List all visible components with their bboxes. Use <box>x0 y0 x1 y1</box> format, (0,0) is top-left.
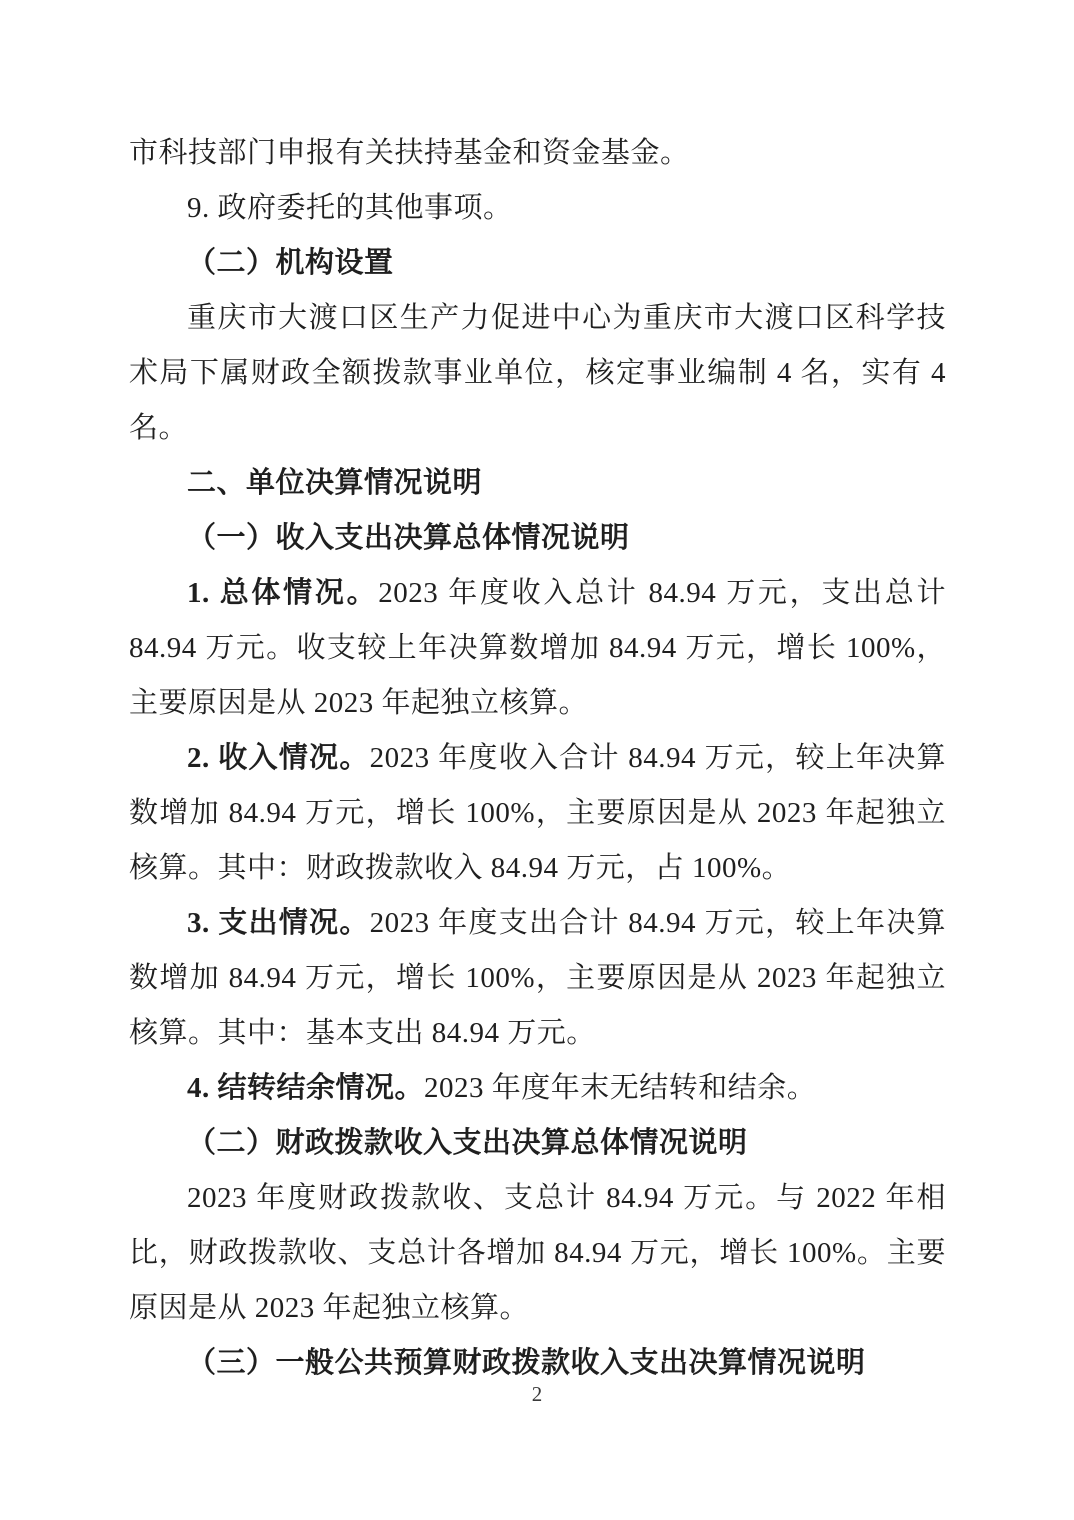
paragraph-fiscal-total: 2023 年度财政拨款收、支总计 84.94 万元。与 2022 年相比，财政拨… <box>129 1171 946 1336</box>
heading-subsection-1: （一）收入支出决算总体情况说明 <box>129 511 946 566</box>
heading-section-2: 二、单位决算情况说明 <box>129 456 946 511</box>
paragraph-overall-lead: 1. 总体情况。 <box>187 577 378 609</box>
paragraph-income-lead: 2. 收入情况。 <box>187 742 370 774</box>
page-number: 2 <box>0 1380 1074 1408</box>
document-body: 市科技部门申报有关扶持基金和资金基金。 9. 政府委托的其他事项。 （二）机构设… <box>129 126 946 1391</box>
paragraph-carryover-lead: 4. 结转结余情况。 <box>187 1072 424 1104</box>
heading-subsection-2: （二）财政拨款收入支出决算总体情况说明 <box>129 1116 946 1171</box>
document-page: 市科技部门申报有关扶持基金和资金基金。 9. 政府委托的其他事项。 （二）机构设… <box>0 0 1074 1520</box>
paragraph-expenditure: 3. 支出情况。2023 年度支出合计 84.94 万元，较上年决算数增加 84… <box>129 896 946 1061</box>
paragraph-continuation: 市科技部门申报有关扶持基金和资金基金。 <box>129 126 946 181</box>
paragraph-expenditure-lead: 3. 支出情况。 <box>187 907 370 939</box>
heading-org-setup: （二）机构设置 <box>129 236 946 291</box>
paragraph-carryover: 4. 结转结余情况。2023 年度年末无结转和结余。 <box>129 1061 946 1116</box>
paragraph-item-9: 9. 政府委托的其他事项。 <box>129 181 946 236</box>
paragraph-overall: 1. 总体情况。2023 年度收入总计 84.94 万元，支出总计 84.94 … <box>129 566 946 731</box>
paragraph-org-description: 重庆市大渡口区生产力促进中心为重庆市大渡口区科学技术局下属财政全额拨款事业单位，… <box>129 291 946 456</box>
paragraph-carryover-text: 2023 年度年末无结转和结余。 <box>424 1072 816 1104</box>
paragraph-income: 2. 收入情况。2023 年度收入合计 84.94 万元，较上年决算数增加 84… <box>129 731 946 896</box>
